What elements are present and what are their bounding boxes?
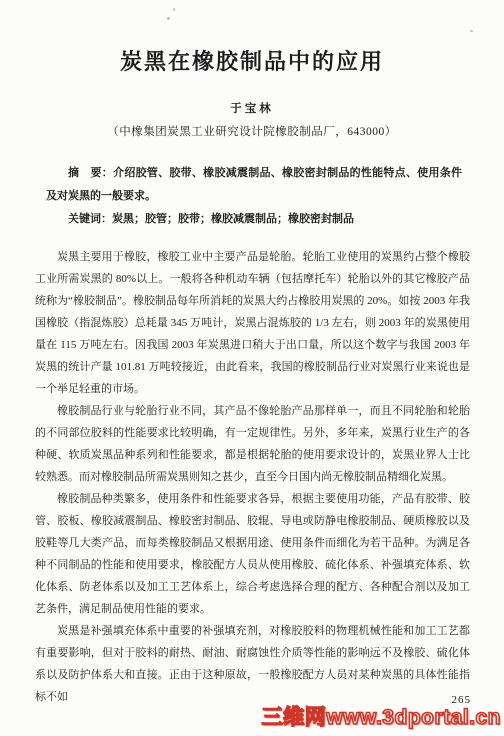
paper-title: 炭黑在橡胶制品中的应用 — [0, 0, 504, 76]
body-paragraph-1: 炭黑主要用于橡胶，橡胶工业中主要产品是轮胎。轮胎工业使用的炭黑约占整个橡胶工业所… — [35, 246, 470, 400]
scan-speck — [173, 8, 175, 11]
abstract-keywords-block: 摘 要：介绍胶管、胶带、橡胶减震制品、橡胶密封制品的性能特点、使用条件及对炭黑的… — [46, 162, 462, 231]
body-text: 炭黑主要用于橡胶，橡胶工业中主要产品是轮胎。轮胎工业使用的炭黑约占整个橡胶工业所… — [35, 246, 470, 708]
body-paragraph-3: 橡胶制品种类繁多，使用条件和性能要求各异，根据主要使用功能，产品有胶带、胶管、胶… — [35, 488, 470, 620]
document-page: 炭黑在橡胶制品中的应用 于宝林 （中橡集团炭黑工业研究设计院橡胶制品厂，6430… — [0, 0, 504, 736]
body-paragraph-2: 橡胶制品行业与轮胎行业不同，其产品不像轮胎产品那样单一，而且不同轮胎和轮胎的不同… — [35, 400, 470, 488]
abstract-paragraph: 摘 要：介绍胶管、胶带、橡胶减震制品、橡胶密封制品的性能特点、使用条件及对炭黑的… — [46, 162, 462, 208]
author-affiliation: （中橡集团炭黑工业研究设计院橡胶制品厂，643000） — [0, 123, 504, 139]
abstract-label: 摘 要： — [68, 167, 113, 179]
author-name: 于宝林 — [0, 100, 504, 116]
scan-speck — [470, 30, 473, 32]
keywords-text: 炭黑；胶管；胶带；橡胶减震制品；橡胶密封制品 — [112, 213, 354, 225]
keywords-label: 关键词： — [68, 213, 112, 225]
keywords-paragraph: 关键词：炭黑；胶管；胶带；橡胶减震制品；橡胶密封制品 — [46, 208, 462, 231]
watermark: 三维网www.3dportal.cn — [262, 701, 501, 731]
body-paragraph-4: 炭黑是补强填充体系中重要的补强填充剂，对橡胶胶料的物理机械性能和加工工艺都有重要… — [35, 620, 470, 708]
